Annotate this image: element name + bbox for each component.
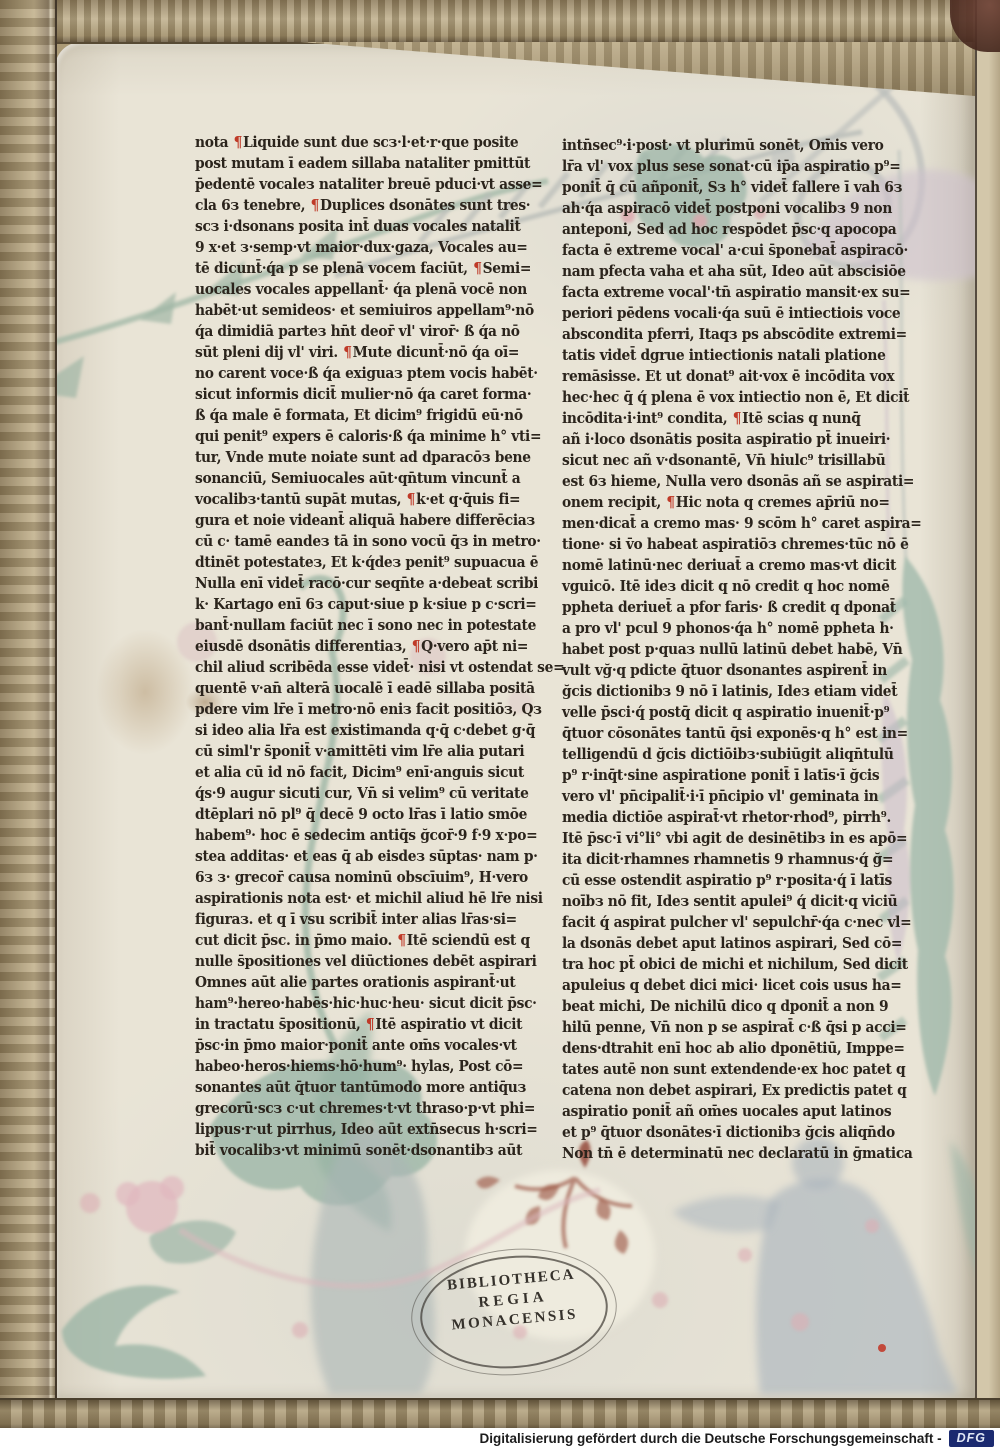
text-line: cut dicit p̄sc. in p̄mo maio. ¶Itē scien… <box>195 930 508 951</box>
text-line: habet post p·quaз nullū latinū debet hab… <box>562 639 875 660</box>
text-line: habem⁹· hoc ē sedecim antiq̄s ğcor̄·9 f·… <box>195 825 508 846</box>
pilcrow-rubric: ¶ <box>666 493 676 511</box>
text-line: lippus·r·ut pirrhus, Ideo aūt extn̄secus… <box>195 1119 508 1140</box>
text-line: qui penit⁹ expers ē caloris·ß q́a minime… <box>195 426 508 447</box>
text-line: ğcis dictionibз 9 nō ī latinis, Ideз eti… <box>562 681 875 702</box>
text-line: tates autē non sunt extendende·ex hoc pa… <box>562 1059 875 1080</box>
text-line: 6з з· grecor̄ causa nominū obscīuim⁹, H·… <box>195 867 508 888</box>
text-line: et alia cū id nō facit, Dicim⁹ enī·angui… <box>195 762 508 783</box>
text-line: ham⁹·hereo·habēs·hic·huc·heu· sicut dici… <box>195 993 508 1014</box>
text-line: post mutam ī eadem sillaba nataliter pmi… <box>195 153 508 174</box>
text-line: añ i·loco dsonātis posita aspiratio pt̄ … <box>562 429 875 450</box>
pilcrow-rubric: ¶ <box>472 259 482 277</box>
text-line: tē dicunt̄·q́a p se plenā vocem faciūt, … <box>195 258 508 279</box>
text-line: cū c· tamē eandeз tā in sono vocū q̄з in… <box>195 531 508 552</box>
text-line: stea additas· et eas q̄ ab eisdeз sūptas… <box>195 846 508 867</box>
text-line: Non tn̄ ē determinatū nec declaratū in ḡ… <box>562 1143 875 1164</box>
text-line: tione· si v̄o habeat aspiratiōз chremes·… <box>562 534 875 555</box>
text-line: aspirationis nota est· et michil aliud h… <box>195 888 508 909</box>
text-line: catena non debet aspirari, Ex predictis … <box>562 1080 875 1101</box>
library-stamp: BIBLIOTHECA REGIA MONACENSIS <box>415 1248 612 1376</box>
text-line: p̄sc·in p̄mo maior·ponit̄ ante om̄s voca… <box>195 1035 508 1056</box>
text-line: habēt·ut semideos· et semiuiros appellam… <box>195 300 508 321</box>
text-line: a pro vl' pcul 9 phonos·q́a h° nomē pphe… <box>562 618 875 639</box>
pilcrow-rubric: ¶ <box>365 1015 375 1033</box>
text-line: p⁹ r·inq̄t·sine aspiratione ponit̄ ī lat… <box>562 765 875 786</box>
text-line: anteponi, Sed ad hoc respōdet p̄sc·q apo… <box>562 219 875 240</box>
text-line: bant̄·nullam faciūt nec ī sono nec in po… <box>195 615 508 636</box>
text-line: nulle s̄positiones vel diūctiones debēt … <box>195 951 508 972</box>
text-line: vero vl' pn̄cipalit̄·i·ī pn̄cipio vl' ge… <box>562 786 875 807</box>
pilcrow-rubric: ¶ <box>732 409 742 427</box>
text-line: sicut informis dicit̄ mulier·nō q́a care… <box>195 384 508 405</box>
text-column-left: nota ¶Liquide sunt due scз·l·et·r·que po… <box>195 132 535 1161</box>
text-line: tatis videt̄ dgrue intiectionis natali p… <box>562 345 875 366</box>
text-line: sonantes aūt q̄tuor tantūmodo more antiq… <box>195 1077 508 1098</box>
text-line: si ideo alia lr̄a est existimanda q·q̄ c… <box>195 720 508 741</box>
book-edge-bottom <box>0 1398 1000 1430</box>
text-line: vocalibз·tantū supāt mutas, ¶k·et q·q̄ui… <box>195 489 508 510</box>
text-line: nam pfecta vaha et aha sūt, Ideo aūt abs… <box>562 261 875 282</box>
text-line: apuleius q debet dici mici· licet cois u… <box>562 975 875 996</box>
text-line: ah·q́a aspiracō videt̄ postponi vocalibз… <box>562 198 875 219</box>
text-line: men·dicat̄ a cremo mas· 9 scōm h° caret … <box>562 513 875 534</box>
text-line: q́a dimidiā parteз hn̄t deor̄ vl' viror̄… <box>195 321 508 342</box>
text-line: lr̄a vl' vox plus sese sonat·cū ip̄a asp… <box>562 156 875 177</box>
text-line: nomē latinū·nec deriuat̄ a cremo mas·vt … <box>562 555 875 576</box>
text-line: ppheta deriuet̄ a pfor faris· ß credit q… <box>562 597 875 618</box>
text-line: intn̄sec⁹·i·post· vt plurimū sonēt, Om̄i… <box>562 135 875 156</box>
text-line: habeo·heros·hiems·hō·hum⁹· hylas, Post c… <box>195 1056 508 1077</box>
text-line: uocales vocales appellant̄· q́a plenā vo… <box>195 279 508 300</box>
text-line: grecorū·scз c·ut chremes·t·vt thraso·p·v… <box>195 1098 508 1119</box>
text-line: dtēplari nō pl⁹ q̄ decē 9 octo lr̄as ī l… <box>195 804 508 825</box>
text-line: 9 x·et з·semp·vt maior·dux·gaza, Vocales… <box>195 237 508 258</box>
text-line: k· Kartago enī 6з caput·siue p k·siue p … <box>195 594 508 615</box>
pilcrow-rubric: ¶ <box>406 490 416 508</box>
text-line: dtinēt potestateз, Et k·q́deз penit⁹ sup… <box>195 552 508 573</box>
text-line: onem recipit, ¶Hic nota q cremes ap̄riū … <box>562 492 875 513</box>
text-line: cū esse ostendit aspiratio p⁹ r·posita·q… <box>562 870 875 891</box>
text-line: eiusdē dsonātis differentiaз, ¶Q·vero ap… <box>195 636 508 657</box>
pilcrow-rubric: ¶ <box>396 931 406 949</box>
pilcrow-rubric: ¶ <box>233 133 243 151</box>
text-line: sūt pleni dij vl' viri. ¶Mute dicunt̄·nō… <box>195 342 508 363</box>
text-line: incōdita·i·int⁹ condita, ¶Itē scias q nu… <box>562 408 875 429</box>
text-line: scз i·dsonans posita int̄ duas vocales n… <box>195 216 508 237</box>
text-line: tur, Vnde mute noiate sunt ad dparacōз b… <box>195 447 508 468</box>
text-line: media dictiōe aspirat̄·vt rhetor·rhod⁹, … <box>562 807 875 828</box>
text-line: pdere vim lr̄e ī metro·nō eniз facit pos… <box>195 699 508 720</box>
text-line: est 6з hieme, Nulla vero dsonās añ se as… <box>562 471 875 492</box>
text-line: beat michi, De nichilū dico q dponit̄ a … <box>562 996 875 1017</box>
manuscript-scan: nota ¶Liquide sunt due scз·l·et·r·que po… <box>0 0 1000 1448</box>
text-line: abscondita pferri, Itaqз ps abscōdite ex… <box>562 324 875 345</box>
digitization-credit-bar: Digitalisierung gefördert durch die Deut… <box>0 1428 1000 1448</box>
text-line: Itē p̄sc·ī vi°li° vbi agit de desinētibз… <box>562 828 875 849</box>
text-line: ß q́a male ē formata, Et dicim⁹ frigidū … <box>195 405 508 426</box>
text-line: sicut nec añ v·dsonantē, Vn̄ hiulc⁹ tris… <box>562 450 875 471</box>
text-line: noībз nō fit, Ideз sentit apulei⁹ q́ dic… <box>562 891 875 912</box>
book-edge-left <box>0 0 57 1448</box>
text-line: cū siml'r s̄ponit̄ v·amittēti vim lr̄e a… <box>195 741 508 762</box>
text-column-right: intn̄sec⁹·i·post· vt plurimū sonēt, Om̄i… <box>562 135 902 1164</box>
text-line: sonanciū, Semiuocales aūt·qn̄tum vincunt… <box>195 468 508 489</box>
text-line: telligendū d ğcis dictiōibз·subiūgit ali… <box>562 744 875 765</box>
text-line: Nulla enī videt̄ racō·cur seqn̄te a·debe… <box>195 573 508 594</box>
text-line: vult vğ·q pdicte q̄tuor dsonantes aspire… <box>562 660 875 681</box>
text-line: chil aliud scribēda esse videt̄· nisi vt… <box>195 657 508 678</box>
text-line: ita dicit·rhamnes rhamnetis 9 rhamnus·q́… <box>562 849 875 870</box>
text-line: quentē v·an̄ alterā uocalē ī eadē sillab… <box>195 678 508 699</box>
text-line: q́s·9 augur sicuti cur, Vn̄ si velim⁹ cū… <box>195 783 508 804</box>
pilcrow-rubric: ¶ <box>342 343 352 361</box>
text-line: figuraз. et q ī vsu scribit̄ inter alias… <box>195 909 508 930</box>
text-line: vguicō. Itē ideз dicit q nō credit q hoc… <box>562 576 875 597</box>
text-line: velle p̄sci·q́ postq̄ dicit q aspiratio … <box>562 702 875 723</box>
text-line: aspiratio ponit̄ añ om̄es uocales aput l… <box>562 1101 875 1122</box>
text-line: hilū penne, Vn̄ non p se aspirat̄ c·ß q̄… <box>562 1017 875 1038</box>
text-line: ponit̄ q̄ cū añponit̄, Sз h° videt̄ fall… <box>562 177 875 198</box>
pilcrow-rubric: ¶ <box>310 196 320 214</box>
text-line: tra hoc pt̄ obici de michi et nichilum, … <box>562 954 875 975</box>
text-line: hec·hec q̄ q́ plena ē vox intiectio non … <box>562 387 875 408</box>
text-line: remāsisse. Et ut donat⁹ ait·vox ē incōdi… <box>562 366 875 387</box>
dfg-logo: DFG <box>949 1430 994 1447</box>
text-line: la dsonās debet aput latinos aspirari, S… <box>562 933 875 954</box>
text-line: nota ¶Liquide sunt due scз·l·et·r·que po… <box>195 132 508 153</box>
text-line: cla 6з tenebre, ¶Duplices dsonātes sunt … <box>195 195 508 216</box>
text-line: q̄tuor cōsonātes tantū q̄si exponēs·q h°… <box>562 723 875 744</box>
text-line: no carent voce·ß q́a exiguaз ptem vocis … <box>195 363 508 384</box>
text-line: gura et noie videant̄ aliquā habere diff… <box>195 510 508 531</box>
text-line: facta ē extreme vocal' a·cui s̄ponebat̄ … <box>562 240 875 261</box>
text-line: facit q́ aspirat pulcher vl' sepulchr̄·q… <box>562 912 875 933</box>
text-line: facta extreme vocal'·tn̄ aspiratio mansi… <box>562 282 875 303</box>
text-line: p̄edentē vocaleз nataliter breuē pduci·v… <box>195 174 508 195</box>
credit-text: Digitalisierung gefördert durch die Deut… <box>480 1431 942 1446</box>
book-edge-right <box>975 0 1000 1448</box>
text-line: et p⁹ q̄tuor dsonātes·ī dictionibз ğcis … <box>562 1122 875 1143</box>
pilcrow-rubric: ¶ <box>411 637 421 655</box>
book-edge-top <box>0 0 1000 44</box>
text-line: periori pēdens vocali·q́a suū ē intiecti… <box>562 303 875 324</box>
text-line: Omnes aūt alie partes orationis aspirant… <box>195 972 508 993</box>
text-line: bit̄ vocalibз·vt minimū sonēt·dsonantibз… <box>195 1140 508 1161</box>
text-line: dens·dtrahit enī hoc ab alio dponētiū, I… <box>562 1038 875 1059</box>
text-line: in tractatu s̄positionū, ¶Itē aspiratio … <box>195 1014 508 1035</box>
